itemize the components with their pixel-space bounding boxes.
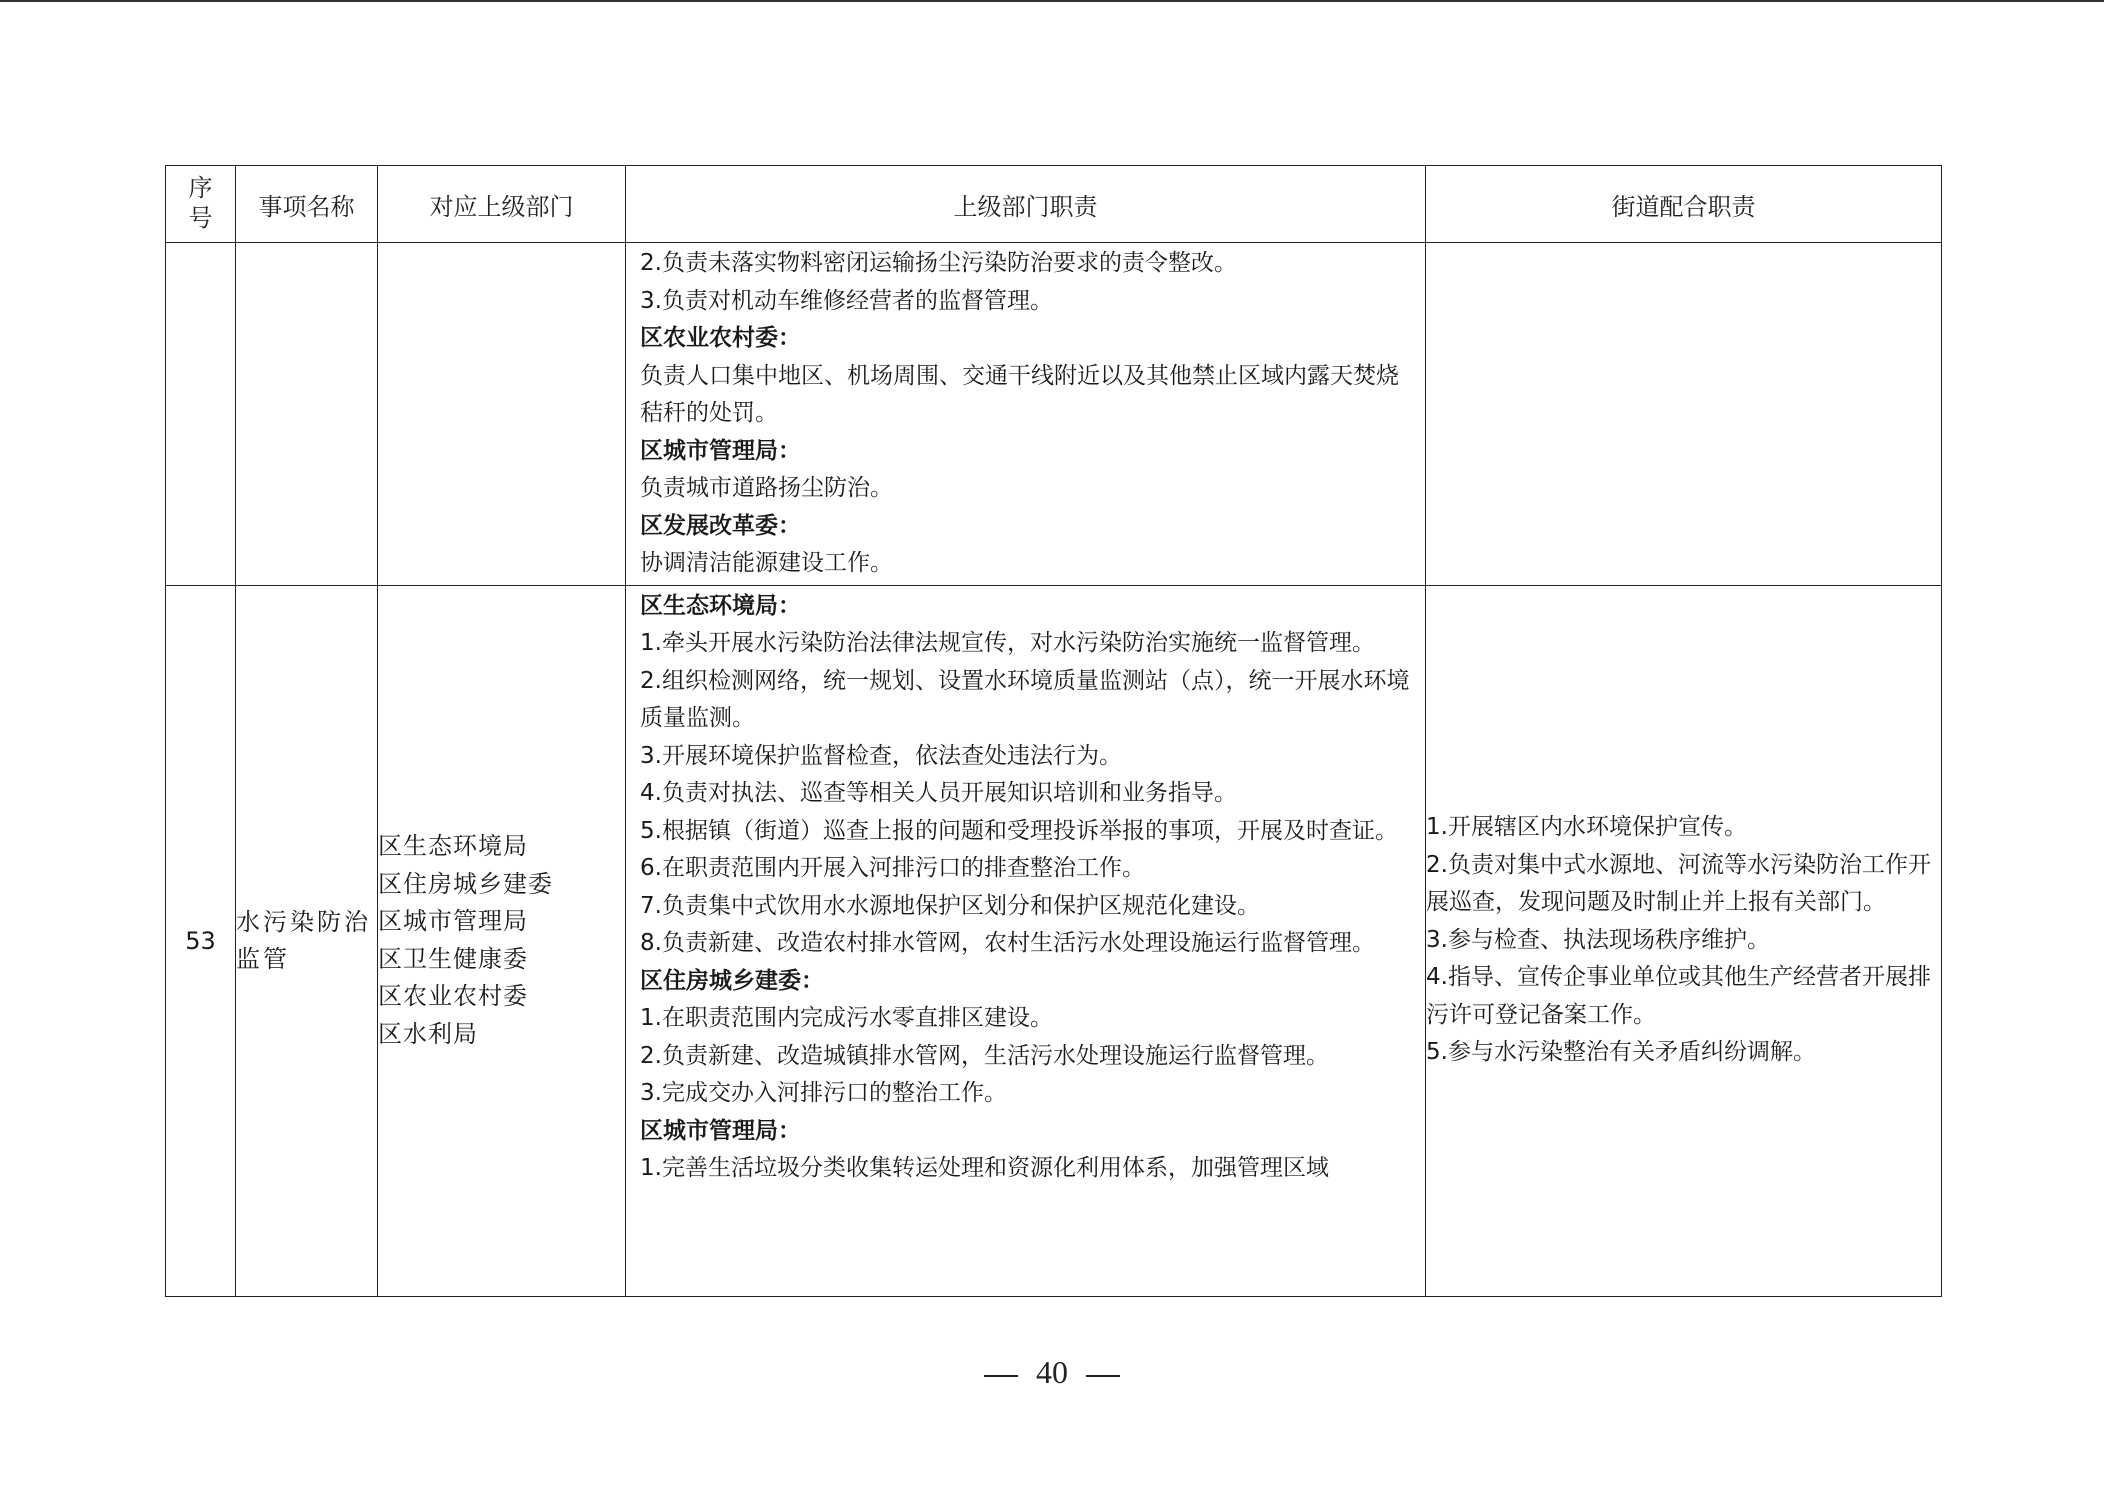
department-heading: 区城市管理局： [640,433,1411,471]
list-item: 区住房城乡建委 [378,866,625,904]
list-item: 5.参与水污染整治有关矛盾纠纷调解。 [1426,1034,1941,1072]
list-item: 区水利局 [378,1016,625,1054]
cell-counterpart-dept: 区生态环境局区住房城乡建委区城市管理局区卫生健康委区农业农村委区水利局 [378,585,626,1296]
duty-item: 协调清洁能源建设工作。 [640,545,1411,583]
upper-duties-list: 2.负责未落实物料密闭运输扬尘污染防治要求的责令整改。3.负责对机动车维修经营者… [626,243,1425,585]
cell-no: 53 [166,585,236,1296]
department-heading: 区住房城乡建委： [640,963,1411,1001]
duty-item: 1.完善生活垃圾分类收集转运处理和资源化利用体系，加强管理区域 [640,1150,1411,1188]
duty-item: 4.负责对执法、巡查等相关人员开展知识培训和业务指导。 [640,775,1411,813]
department-heading: 区农业农村委： [640,320,1411,358]
header-item-name: 事项名称 [236,166,378,243]
header-street-duties: 街道配合职责 [1426,166,1942,243]
duty-item: 2.组织检测网络，统一规划、设置水环境质量监测站（点），统一开展水环境质量监测。 [640,663,1411,738]
duty-item: 2.负责未落实物料密闭运输扬尘污染防治要求的责令整改。 [640,245,1411,283]
header-no-char-2: 号 [166,204,235,234]
cell-street-duties: 1.开展辖区内水环境保护宣传。2.负责对集中式水源地、河流等水污染防治工作开展巡… [1426,585,1942,1296]
cell-upper-duties: 区生态环境局：1.牵头开展水污染防治法律法规宣传，对水污染防治实施统一监督管理。… [626,585,1426,1296]
cell-item-name: 水污染防治监管 [236,585,378,1296]
header-no: 序 号 [166,166,236,243]
table-row-53: 53 水污染防治监管 区生态环境局区住房城乡建委区城市管理局区卫生健康委区农业农… [166,585,1942,1296]
duty-item: 7.负责集中式饮用水水源地保护区划分和保护区规范化建设。 [640,888,1411,926]
duty-item: 3.完成交办入河排污口的整治工作。 [640,1075,1411,1113]
duty-item: 2.负责新建、改造城镇排水管网，生活污水处理设施运行监督管理。 [640,1038,1411,1076]
header-no-char-1: 序 [166,174,235,204]
list-item: 2.负责对集中式水源地、河流等水污染防治工作开展巡查，发现问题及时制止并上报有关… [1426,847,1941,922]
duty-item: 3.开展环境保护监督检查，依法查处违法行为。 [640,738,1411,776]
duty-item: 负责人口集中地区、机场周围、交通干线附近以及其他禁止区域内露天焚烧秸秆的处罚。 [640,358,1411,433]
cell-upper-duties: 2.负责未落实物料密闭运输扬尘污染防治要求的责令整改。3.负责对机动车维修经营者… [626,243,1426,586]
cell-item-name [236,243,378,586]
duty-item: 1.在职责范围内完成污水零直排区建设。 [640,1000,1411,1038]
department-heading: 区生态环境局： [640,588,1411,626]
page-number: 40 [1036,1354,1068,1390]
street-duties-list: 1.开展辖区内水环境保护宣传。2.负责对集中式水源地、河流等水污染防治工作开展巡… [1426,809,1941,1072]
department-heading: 区城市管理局： [640,1113,1411,1151]
upper-duties-list: 区生态环境局：1.牵头开展水污染防治法律法规宣传，对水污染防治实施统一监督管理。… [626,586,1425,1190]
table-row-continued: 2.负责未落实物料密闭运输扬尘污染防治要求的责令整改。3.负责对机动车维修经营者… [166,243,1942,586]
responsibility-table: 序 号 事项名称 对应上级部门 上级部门职责 街道配合职责 2.负责未落实物料密… [165,165,1942,1297]
duty-item: 8.负责新建、改造农村排水管网，农村生活污水处理设施运行监督管理。 [640,925,1411,963]
list-item: 4.指导、宣传企事业单位或其他生产经营者开展排污许可登记备案工作。 [1426,959,1941,1034]
list-item: 区城市管理局 [378,903,625,941]
duty-item: 6.在职责范围内开展入河排污口的排查整治工作。 [640,850,1411,888]
department-heading: 区发展改革委： [640,508,1411,546]
page-footer: 40 [0,1354,2104,1391]
header-counterpart-dept: 对应上级部门 [378,166,626,243]
list-item: 区生态环境局 [378,828,625,866]
list-item: 区农业农村委 [378,978,625,1016]
duty-item: 5.根据镇（街道）巡查上报的问题和受理投诉举报的事项，开展及时查证。 [640,813,1411,851]
dash-left [984,1375,1018,1377]
dept-list: 区生态环境局区住房城乡建委区城市管理局区卫生健康委区农业农村委区水利局 [378,828,625,1053]
cell-counterpart-dept [378,243,626,586]
duty-item: 3.负责对机动车维修经营者的监督管理。 [640,283,1411,321]
cell-street-duties [1426,243,1942,586]
list-item: 3.参与检查、执法现场秩序维护。 [1426,922,1941,960]
duty-item: 1.牵头开展水污染防治法律法规宣传，对水污染防治实施统一监督管理。 [640,625,1411,663]
cell-no [166,243,236,586]
header-upper-duties: 上级部门职责 [626,166,1426,243]
dash-right [1086,1375,1120,1377]
duty-item: 负责城市道路扬尘防治。 [640,470,1411,508]
list-item: 区卫生健康委 [378,941,625,979]
list-item: 1.开展辖区内水环境保护宣传。 [1426,809,1941,847]
table-header-row: 序 号 事项名称 对应上级部门 上级部门职责 街道配合职责 [166,166,1942,243]
